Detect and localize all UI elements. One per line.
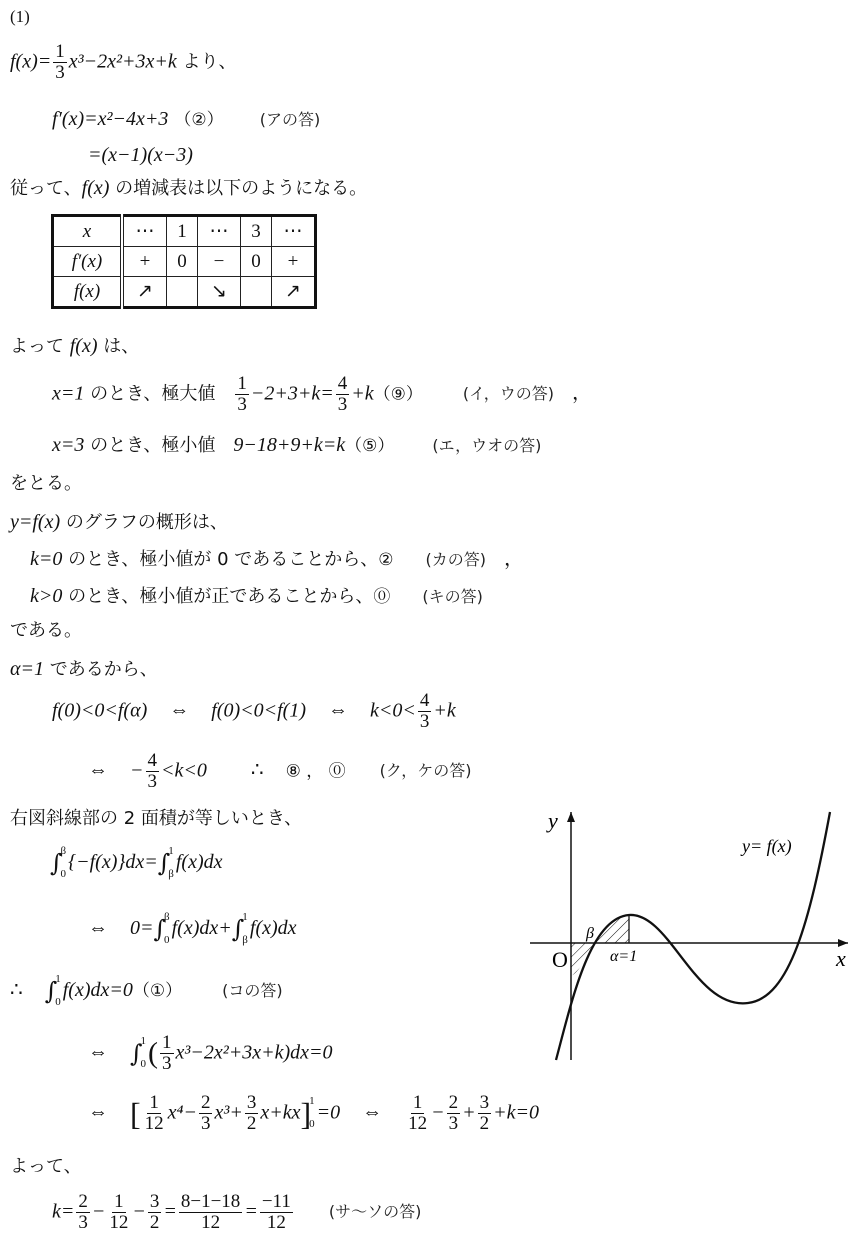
case-k-positive: k>0 のとき、極小値が正であることから、⓪(キの答) [30,586,483,606]
answer-label: (キの答) [422,587,483,606]
case-k-zero: k=0 のとき、極小値が 0 であることから、②(カの答)， [30,549,524,569]
answer-label: (カの答) [426,550,487,569]
integral-equation-4: ⇔∫10(13x³−2x²+3x+k)dx=0 [88,1033,333,1074]
yotte-text: よって、 [10,1158,82,1176]
answer-label: (イ，ウの答) [463,384,554,403]
alpha-label: α=1 [610,948,637,965]
answer-label: (ク，ケの答) [380,761,472,780]
beta-label: β [585,925,594,942]
answer-label: (アの答) [260,110,321,129]
inequality-line-1: f(0)<0<f(α)⇔f(0)<0<f(1)⇔k<0<43+k [52,691,456,732]
variation-table: x ⋯ 1 ⋯ 3 ⋯ f′(x) + 0 − 0 + f(x) ↗ ↘ ↗ [51,214,317,309]
graph-shape-intro: y=f(x) のグラフの概形は、 [10,512,228,532]
integral-equation-1: ∫β0{−f(x)}dx=∫1βf(x)dx [50,846,223,880]
table-row-x: x ⋯ 1 ⋯ 3 ⋯ [53,216,316,247]
x-axis-label: x [835,946,846,971]
therefore-fx: よって f(x) は、 [10,336,139,356]
y-axis-arrow-icon [567,812,575,822]
table-row-fprime: f′(x) + 0 − 0 + [53,247,316,277]
local-min-line: x=3 のとき、極小値 9−18+9+k=k（⑤）(エ，ウオの答) [52,435,541,455]
fraction: 13 [53,42,67,83]
answer-label: (コの答) [222,981,283,1000]
derivative-line: f′(x)=x²−4x+3 （②） (アの答) [52,109,320,129]
increasing-arrow-icon: ↗ [272,277,316,308]
choice-marker: （⑨） [374,384,423,404]
cubic-graph: y x O β α=1 y= f(x) [520,800,861,1070]
answer-label: (エ，ウオの答) [432,436,541,455]
curve-label: y= f(x) [740,836,792,857]
choice-marker: （⑤） [345,436,394,456]
result-line: k=23−112−32=8−1−1812=−1112(サ～ソの答) [52,1192,421,1233]
local-max-line: x=1 のとき、極大値 13−2+3+k=43+k（⑨）(イ，ウの答)， [52,374,592,415]
table-intro: 従って、f(x) の増減表は以下のようになる。 [10,178,367,198]
choice-marker: （①） [133,981,182,1001]
hatched-region-right [594,915,629,943]
function-definition: f(x)=13x³−2x²+3x+k より、 [10,42,236,83]
choice-marker: ② [378,550,393,570]
dearu-text: である。 [10,622,82,640]
choice-marker: ⓪ [373,587,390,607]
increasing-arrow-icon: ↗ [122,277,167,308]
decreasing-arrow-icon: ↘ [198,277,241,308]
alpha-line: α=1 であるから、 [10,659,158,679]
integral-equation-3: ∴∫10f(x)dx=0（①）(コの答) [10,974,283,1008]
y-axis-label: y [546,808,558,833]
choice-marker: （②） [174,110,223,130]
area-intro: 右図斜線部の 2 面積が等しいとき、 [10,810,302,828]
integral-equation-5: ⇔[112x⁴−23x³+32x+kx]10=0⇔112−23+32+k=0 [88,1093,539,1134]
section-number: (1) [10,8,30,25]
take-text: をとる。 [10,475,82,493]
inequality-line-2: ⇔−43<k<0∴⑧ ， ⓪(ク，ケの答) [88,751,472,792]
origin-label: O [552,947,568,972]
table-row-f: f(x) ↗ ↘ ↗ [53,277,316,308]
answer-label: (サ～ソの答) [329,1202,422,1221]
integral-equation-2: ⇔0=∫β0f(x)dx+∫1βf(x)dx [88,912,297,946]
choice-marker: ⑧ ， ⓪ [286,761,346,781]
factored-form: =(x−1)(x−3) [88,145,193,165]
